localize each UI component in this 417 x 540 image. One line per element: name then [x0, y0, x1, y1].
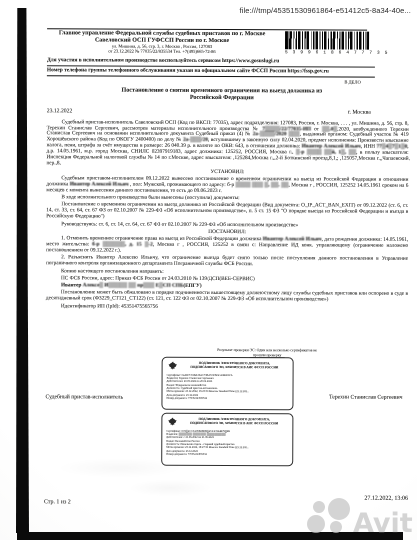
ustanovil-paragraph-3: Постановление о временном ограничении на…: [46, 203, 408, 222]
stamp2-title: ПОДЛИННИК ЭЛЕКТРОННОГО ДОКУМЕНТА, ПОДПИС…: [180, 418, 289, 426]
document-body: Судебный пристав-исполнитель Савеловский…: [46, 120, 409, 311]
coat-of-arms-icon: [166, 416, 177, 427]
avito-wordmark: Avito: [353, 508, 413, 538]
letterhead-ref-line: от 23.12.2022 № 77035/22/835534 Тел. +7(…: [47, 49, 277, 55]
service-note-gosuslugi: Для участия в исполнительном производств…: [47, 57, 375, 67]
stamp1-title-line2: ПОДПИСАННОГО ЭП, ХРАНИТСЯ В АИС ФССП РОС…: [180, 366, 289, 370]
barcode-digits: 5 3 9 9 6 1 8 6 4 7 7 7 3 5: [285, 50, 369, 55]
case-note: В ДЕЛО: [31, 78, 361, 84]
e-signature-stamp-2: ПОДЛИННИК ЭЛЕКТРОННОГО ДОКУМЕНТА, ПОДПИС…: [161, 413, 293, 467]
letterhead: Главное управление Федеральной службы су…: [47, 30, 399, 55]
page-number: Стр. 1 из 2: [44, 499, 71, 505]
barcode: 5 3 9 9 6 1 8 6 4 7 7 7 3 5: [285, 31, 369, 55]
photo-background-left-bar: [16, 8, 29, 533]
avito-logo-circle-large: [328, 498, 350, 520]
barcode-bars: [285, 31, 369, 49]
avito-watermark-logo: Avito: [303, 496, 413, 538]
stamp1-title: ПОДЛИННИК ЭЛЕКТРОННОГО ДОКУМЕНТА, ПОДПИС…: [180, 362, 289, 370]
e-signature-stamp-1: ПОДЛИННИК ЭЛЕКТРОННОГО ДОКУМЕНТА, ПОДПИС…: [161, 357, 293, 411]
stamp2-title-line2: ПОДПИСАННОГО ЭП, ХРАНИТСЯ В АИС ФССП РОС…: [180, 422, 289, 426]
stamp1-header: ПОДЛИННИК ЭЛЕКТРОННОГО ДОКУМЕНТА, ПОДПИС…: [167, 360, 289, 372]
stamp2-header: ПОДЛИННИК ЭЛЕКТРОННОГО ДОКУМЕНТА, ПОДПИС…: [166, 416, 288, 428]
date-row: 23.12.2022 г. Москва: [47, 108, 371, 115]
intro-paragraph: Судебный пристав-исполнитель Савеловский…: [46, 120, 408, 169]
document-date: 23.12.2022: [47, 108, 73, 114]
coat-of-arms-icon: [167, 360, 178, 371]
avito-logo-circle-tiny: [330, 521, 342, 533]
ustanovil-paragraph-1: Судебным приставом-исполнителем 09.12.20…: [46, 176, 408, 195]
document-city: г. Москва: [348, 109, 371, 115]
avito-logo-circle-small: [313, 501, 325, 513]
postanovil-paragraph-2: 2. Разъяснить Ивантер Алексею Ильичу, чт…: [46, 256, 408, 269]
avito-logo-circle-medium: [307, 515, 325, 533]
document-title-line2: Российской Федерации: [47, 94, 397, 103]
print-header-url: file:///tmp/45351530961864-e51412c5-8a34…: [240, 6, 412, 15]
signature-role: Судебный пристав-исполнитель: [45, 394, 123, 400]
signature-name: Терехин Станислав Сергеевич: [329, 394, 402, 400]
screenshot-root: file:///tmp/45351530961864-e51412c5-8a34…: [0, 0, 417, 540]
stamp1-details: Сертификат: 04АВ7С91ВА36АС73В47С97В5СА0В…: [166, 373, 288, 400]
stamp2-doc-number: Номер документа: 77035/22/835534: [166, 453, 288, 457]
letterhead-text-block: Главное управление Федеральной службы су…: [47, 30, 277, 55]
service-note-fssp-site: Номер телефона группы телефонного обслуж…: [47, 68, 375, 78]
stamp1-doc-number: Номер документа: 77035/22/835534: [166, 397, 288, 401]
appeal-paragraph: Постановление может быть обжаловано в по…: [46, 291, 408, 304]
document-title: Постановление о снятии временного ограни…: [47, 87, 397, 103]
ip-identifier: Идентификатор ИП (IpId): 45351475565756: [46, 304, 408, 312]
document-photo: Главное управление Федеральной службы су…: [29, 25, 413, 533]
stamp2-details: Сертификат: 0С9▒4СС3А09В2В6В▒47А3С924В79…: [166, 429, 288, 456]
letterhead-org-line1: Главное управление Федеральной службы су…: [47, 30, 277, 38]
postanovil-paragraph-1: 1. Отменить временное ограничение права …: [46, 236, 408, 255]
